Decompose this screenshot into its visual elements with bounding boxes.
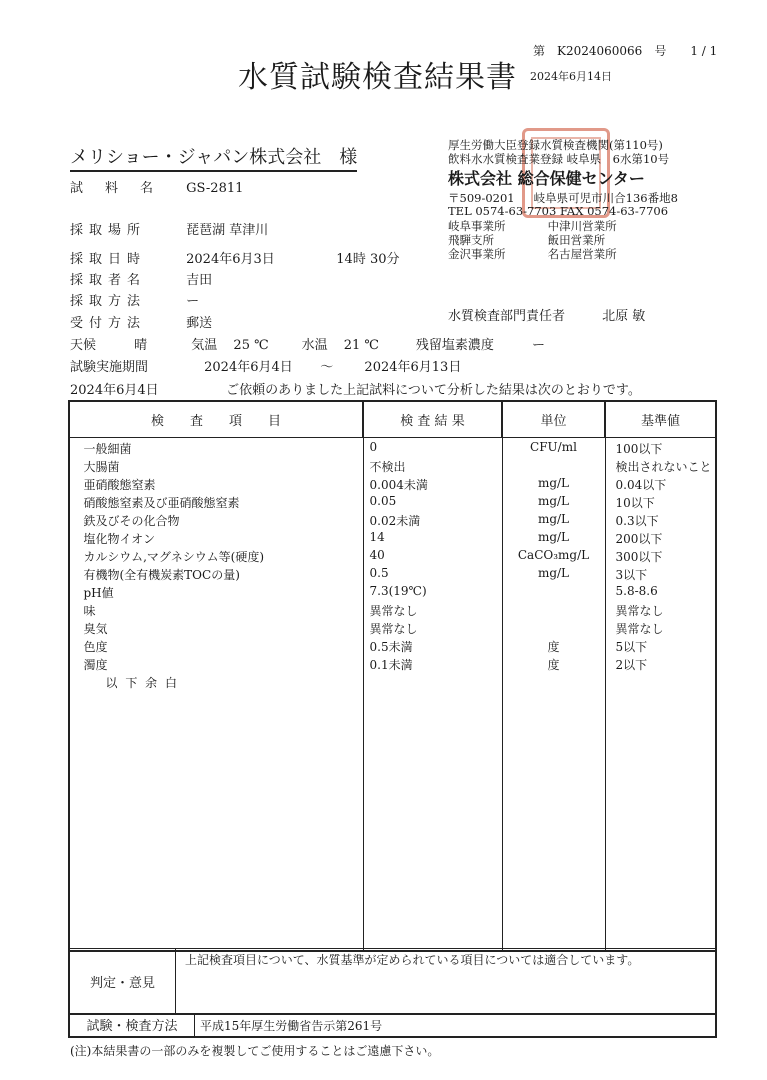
field-value: GS-2811 — [186, 181, 243, 196]
test-method-box: 試験・検査方法 平成15年厚生労働省告示第261号 — [68, 1013, 717, 1038]
table-row: 一般細菌 0 CFU/ml 100以下 — [69, 438, 716, 459]
cell-unit: mg/L — [502, 530, 605, 548]
cell-result: 異常なし — [363, 620, 502, 638]
field-value: ー — [186, 294, 199, 309]
cell-item: 有機物(全有機炭素TOCの量) — [69, 566, 363, 584]
cell-result: 14 — [363, 530, 502, 548]
cell-standard: 100以下 — [605, 438, 716, 459]
sampler-name-field: 採取者名 吉田 — [70, 269, 212, 288]
cell-standard: 異常なし — [605, 620, 716, 638]
test-period-end: 2024年6月13日 — [364, 360, 461, 375]
table-row: 硝酸態窒素及び亜硝酸態窒素 0.05 mg/L 10以下 — [69, 494, 716, 512]
cell-unit: mg/L — [502, 494, 605, 512]
test-method-label: 試験・検査方法 — [70, 1013, 195, 1036]
cell-result: 0.02未満 — [363, 512, 502, 530]
cell-standard: 200以下 — [605, 530, 716, 548]
cell-item: 味 — [69, 602, 363, 620]
table-row: 亜硝酸態窒素 0.004未満 mg/L 0.04以下 — [69, 476, 716, 494]
weather-line: 天候 晴 気温 25 ℃ 水温 21 ℃ 残留塩素濃度 ー — [70, 334, 545, 353]
air-temp-value: 25 ℃ — [233, 338, 297, 353]
cell-item: カルシウム,マグネシウム等(硬度) — [69, 548, 363, 566]
cell-result: 0.1未満 — [363, 656, 502, 674]
header-unit: 単位 — [502, 401, 605, 438]
table-row: 鉄及びその化合物 0.02未満 mg/L 0.3以下 — [69, 512, 716, 530]
field-label: 試料名 — [70, 177, 182, 196]
cell-unit — [502, 584, 605, 602]
intro-text: ご依頼のありました上記試料について分析した結果は次のとおりです。 — [226, 383, 641, 398]
judgement-label: 判定・意見 — [70, 949, 176, 1013]
lab-manager: 水質検査部門責任者 北原 敏 — [448, 305, 645, 324]
cell-item: 大腸菌 — [69, 458, 363, 476]
table-end-marker-row: 以 下 余 白 — [69, 674, 716, 692]
test-period-separator: 〜 — [320, 356, 360, 375]
cell-result: 異常なし — [363, 602, 502, 620]
cell-item: 塩化物イオン — [69, 530, 363, 548]
lab-address: 岐阜県可児市川合136番地8 — [534, 191, 678, 205]
cell-item: 硝酸態窒素及び亜硝酸態窒素 — [69, 494, 363, 512]
table-row: 大腸菌 不検出 検出されないこと — [69, 458, 716, 476]
sampling-method-field: 採取方法 ー — [70, 290, 199, 309]
cell-unit — [502, 458, 605, 476]
test-method-text: 平成15年厚生労働省告示第261号 — [200, 1017, 382, 1034]
cell-standard: 異常なし — [605, 602, 716, 620]
document-title: 水質試験検査結果書 — [238, 52, 517, 96]
cell-unit: mg/L — [502, 566, 605, 584]
header-standard: 基準値 — [605, 401, 716, 438]
field-label: 採取方法 — [70, 290, 182, 309]
judgement-text: 上記検査項目について、水質基準が定められている項目については適合しています。 — [185, 951, 639, 968]
client-name: メリショー・ジャパン株式会社 様 — [70, 143, 357, 172]
field-label: 採取日時 — [70, 248, 182, 267]
sampling-location-field: 採取場所 琵琶湖 草津川 — [70, 219, 268, 238]
field-value: 郵送 — [186, 316, 212, 331]
cell-result: 0.5未満 — [363, 638, 502, 656]
lab-name: 株式会社 総合保健センター — [448, 166, 645, 189]
sampling-datetime-field: 採取日時 2024年6月3日 14時 30分 — [70, 248, 400, 267]
table-header-row: 検 査 項 目 検 査 結 果 単位 基準値 — [69, 401, 716, 438]
cell-item: 鉄及びその化合物 — [69, 512, 363, 530]
cell-standard: 2以下 — [605, 656, 716, 674]
cell-standard: 5.8-8.6 — [605, 584, 716, 602]
water-temp-value: 21 ℃ — [344, 338, 412, 353]
field-value: 琵琶湖 草津川 — [186, 223, 268, 238]
table-row: pH値 7.3(19℃) 5.8-8.6 — [69, 584, 716, 602]
header-item: 検 査 項 目 — [69, 401, 363, 438]
office-name: 金沢事業所 — [448, 246, 544, 262]
table-row: 臭気 異常なし 異常なし — [69, 620, 716, 638]
office-name: 中津川営業所 — [548, 219, 617, 233]
cell-item: pH値 — [69, 584, 363, 602]
cell-standard: 10以下 — [605, 494, 716, 512]
table-row: 濁度 0.1未満 度 2以下 — [69, 656, 716, 674]
field-time: 14時 30分 — [336, 252, 399, 267]
cell-standard: 300以下 — [605, 548, 716, 566]
cell-item: 色度 — [69, 638, 363, 656]
manager-name: 北原 敏 — [602, 309, 645, 324]
header-result: 検 査 結 果 — [363, 401, 502, 438]
field-value: 吉田 — [186, 273, 212, 288]
table-row: 塩化物イオン 14 mg/L 200以下 — [69, 530, 716, 548]
cell-result: 0 — [363, 438, 502, 459]
manager-label: 水質検査部門責任者 — [448, 305, 598, 324]
cell-standard: 0.04以下 — [605, 476, 716, 494]
cell-item: 亜硝酸態窒素 — [69, 476, 363, 494]
cell-unit: CFU/ml — [502, 438, 605, 459]
cell-unit — [502, 602, 605, 620]
reception-method-field: 受付方法 郵送 — [70, 312, 212, 331]
cell-unit: 度 — [502, 656, 605, 674]
cell-standard: 3以下 — [605, 566, 716, 584]
sample-name-field: 試料名 GS-2811 — [70, 177, 243, 196]
table-row: 有機物(全有機炭素TOCの量) 0.5 mg/L 3以下 — [69, 566, 716, 584]
document-number: 第 K2024060066 号 1 / 1 — [533, 42, 717, 59]
field-value: 2024年6月3日 — [186, 248, 332, 267]
cell-standard: 0.3以下 — [605, 512, 716, 530]
weather-label: 天候 — [70, 334, 130, 353]
weather-value: 晴 — [134, 334, 187, 353]
air-temp-label: 気温 — [191, 334, 229, 353]
cell-item: 一般細菌 — [69, 438, 363, 459]
cell-result: 40 — [363, 548, 502, 566]
cell-unit — [502, 620, 605, 638]
cell-standard: 5以下 — [605, 638, 716, 656]
cell-unit: mg/L — [502, 476, 605, 494]
lab-office-row: 金沢事業所 名古屋営業所 — [448, 246, 617, 262]
cell-result: 0.5 — [363, 566, 502, 584]
office-name: 名古屋営業所 — [548, 247, 617, 261]
lab-phone: TEL 0574-63-7703 FAX 0574-63-7706 — [448, 204, 668, 218]
cell-result: 0.05 — [363, 494, 502, 512]
results-table: 検 査 項 目 検 査 結 果 単位 基準値 一般細菌 0 CFU/ml 100… — [68, 400, 717, 952]
cell-unit: 度 — [502, 638, 605, 656]
cell-unit: mg/L — [502, 512, 605, 530]
test-period: 試験実施期間 2024年6月4日 〜 2024年6月13日 — [70, 356, 461, 375]
table-filler-row — [69, 692, 716, 952]
cell-result: 7.3(19℃) — [363, 584, 502, 602]
cell-result: 0.004未満 — [363, 476, 502, 494]
judgement-box: 判定・意見 上記検査項目について、水質基準が定められている項目については適合して… — [68, 948, 717, 1015]
table-row: 味 異常なし 異常なし — [69, 602, 716, 620]
issue-date: 2024年6月14日 — [530, 68, 612, 84]
footnote: (注)本結果書の一部のみを複製してご使用することはご遠慮下さい。 — [70, 1042, 439, 1059]
test-period-label: 試験実施期間 — [70, 356, 200, 375]
intro-date: 2024年6月4日 — [70, 379, 222, 398]
test-period-start: 2024年6月4日 — [204, 356, 316, 375]
office-name: 飯田営業所 — [548, 233, 606, 247]
water-temp-label: 水温 — [302, 334, 340, 353]
cell-item: 濁度 — [69, 656, 363, 674]
field-label: 採取場所 — [70, 219, 182, 238]
cell-unit: CaCO₃mg/L — [502, 548, 605, 566]
chlorine-label: 残留塩素濃度 — [416, 334, 528, 353]
table-row: 色度 0.5未満 度 5以下 — [69, 638, 716, 656]
field-label: 受付方法 — [70, 312, 182, 331]
cell-result: 不検出 — [363, 458, 502, 476]
table-row: カルシウム,マグネシウム等(硬度) 40 CaCO₃mg/L 300以下 — [69, 548, 716, 566]
end-marker: 以 下 余 白 — [69, 674, 363, 692]
field-label: 採取者名 — [70, 269, 182, 288]
cell-item: 臭気 — [69, 620, 363, 638]
cell-standard: 検出されないこと — [605, 458, 716, 476]
chlorine-value: ー — [532, 338, 545, 353]
lab-registration-2: 飲料水水質検査業登録 岐阜県 6水第10号 — [448, 151, 669, 167]
intro-line: 2024年6月4日 ご依頼のありました上記試料について分析した結果は次のとおりで… — [70, 379, 641, 398]
